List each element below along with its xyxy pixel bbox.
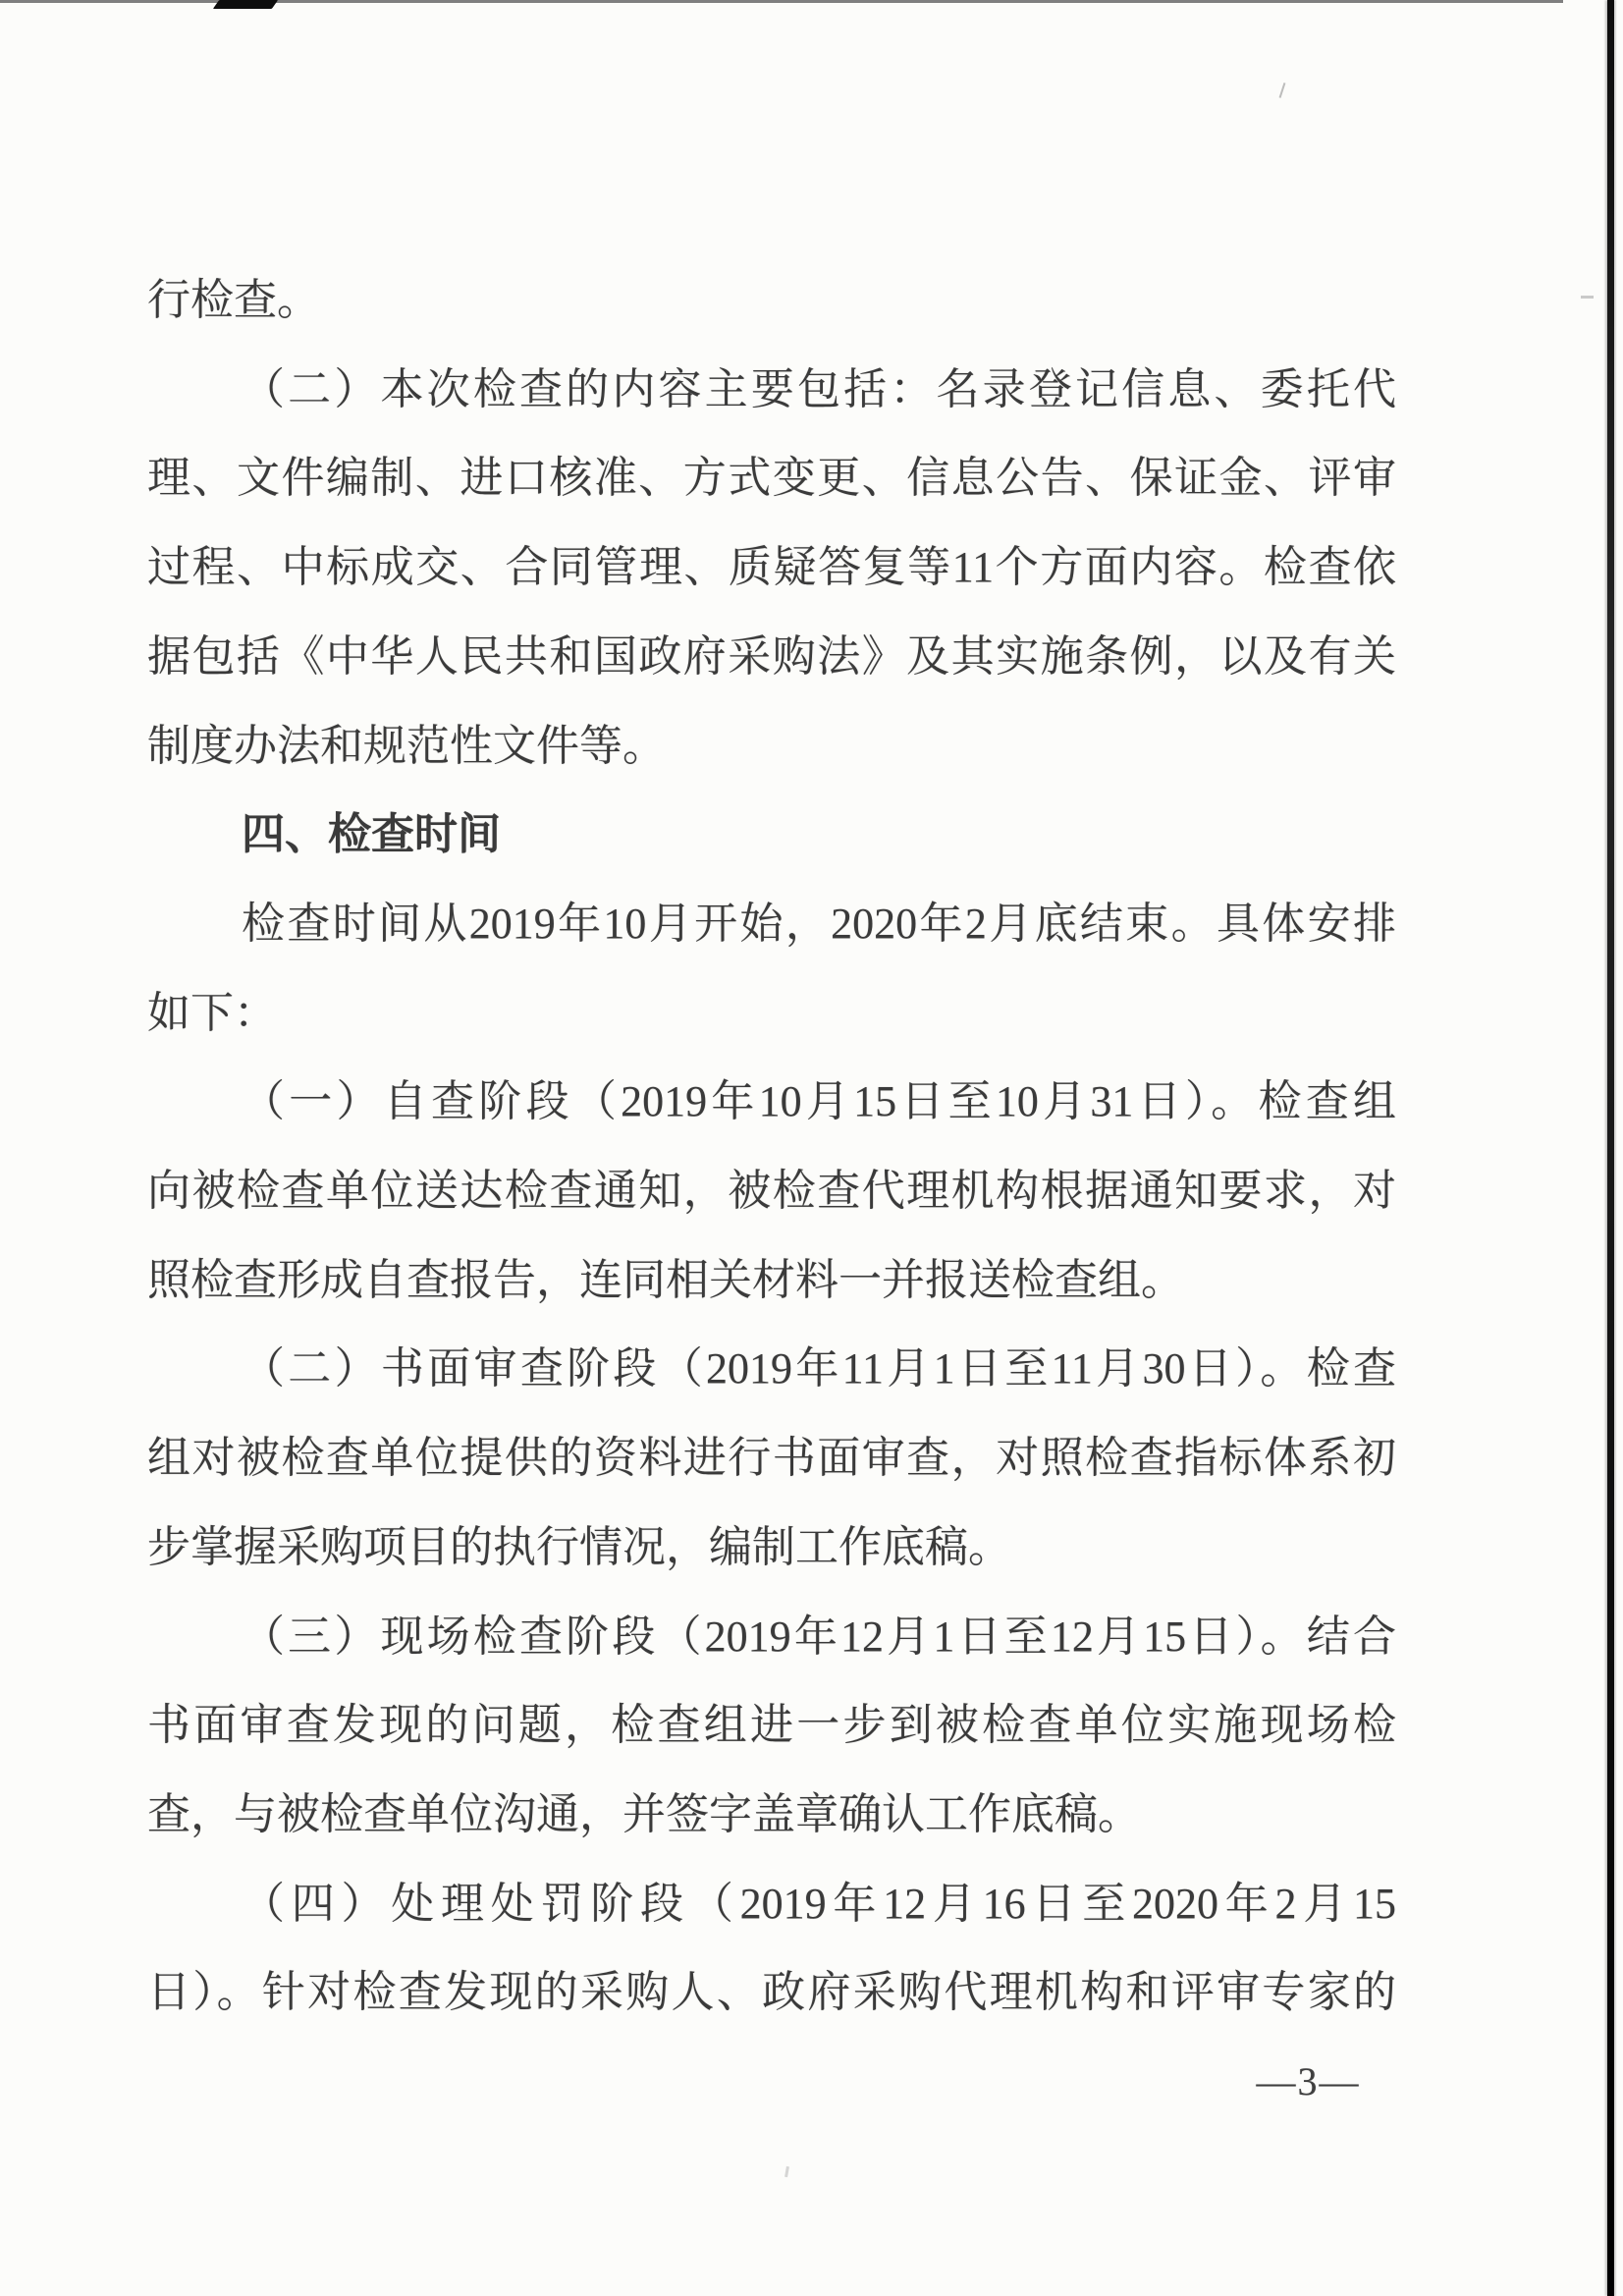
text-line: 组对被检查单位提供的资料进行书面审查，对照检查指标体系初 [147, 1433, 1396, 1484]
scan-artifact-top-blob [213, 0, 278, 9]
text-line: （三）现场检查阶段（2019年12月1日至12月15日）。结合 [147, 1612, 1396, 1663]
text-line: （一）自查阶段（2019年10月15日至10月31日）。检查组 [147, 1076, 1396, 1127]
page-number: —3— [1222, 2058, 1394, 2105]
scan-speck [1279, 82, 1286, 98]
scanned-document-page: 行检查。（二）本次检查的内容主要包括：名录登记信息、委托代理、文件编制、进口核准… [0, 0, 1623, 2296]
text-line: 书面审查发现的问题，检查组进一步到被检查单位实施现场检 [147, 1700, 1396, 1751]
text-line: （四）处理处罚阶段（2019年12月16日至2020年2月15 [147, 1879, 1396, 1930]
scan-speck [784, 2166, 789, 2177]
text-line: 日）。针对检查发现的采购人、政府采购代理机构和评审专家的 [147, 1967, 1396, 2018]
text-line: 照检查形成自查报告，连同相关材料一并报送检查组。 [147, 1255, 1396, 1306]
section-heading: 四、检查时间 [147, 809, 1396, 860]
text-line: 据包括《中华人民共和国政府采购法》及其实施条例，以及有关 [147, 631, 1396, 683]
text-line: 如下： [147, 988, 1396, 1039]
text-line: 行检查。 [147, 275, 1396, 326]
text-line: 检查时间从2019年10月开始，2020年2月底结束。具体安排 [147, 899, 1396, 950]
text-line: 步掌握采购项目的执行情况，编制工作底稿。 [147, 1522, 1396, 1573]
text-line: 理、文件编制、进口核准、方式变更、信息公告、保证金、评审 [147, 453, 1396, 504]
scan-speck [1581, 296, 1594, 299]
text-line: 过程、中标成交、合同管理、质疑答复等11个方面内容。检查依 [147, 542, 1396, 593]
text-line: 向被检查单位送达检查通知，被检查代理机构根据通知要求，对 [147, 1166, 1396, 1217]
text-line: （二）本次检查的内容主要包括：名录登记信息、委托代 [147, 364, 1396, 415]
text-line: 查，与被检查单位沟通，并签字盖章确认工作底稿。 [147, 1789, 1396, 1840]
scan-artifact-right-edge [1607, 0, 1614, 2296]
text-line: 制度办法和规范性文件等。 [147, 721, 1396, 772]
text-line: （二）书面审查阶段（2019年11月1日至11月30日）。检查 [147, 1343, 1396, 1394]
